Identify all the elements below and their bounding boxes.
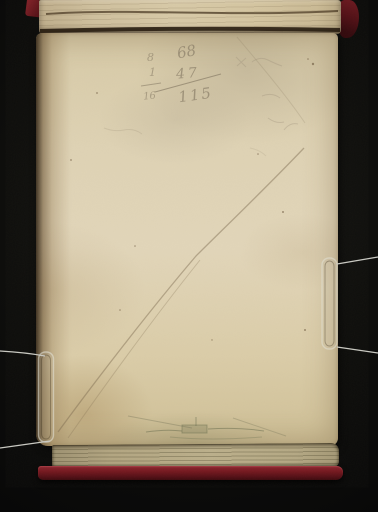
leather-cover-edge: [38, 466, 343, 480]
binding-corner-top-right: [338, 0, 359, 38]
gutter-shadow: [36, 33, 82, 446]
page-edges-top: [39, 0, 341, 34]
photo-canvas: { "inscriptions": { "sum": { "addend1": …: [0, 0, 378, 512]
